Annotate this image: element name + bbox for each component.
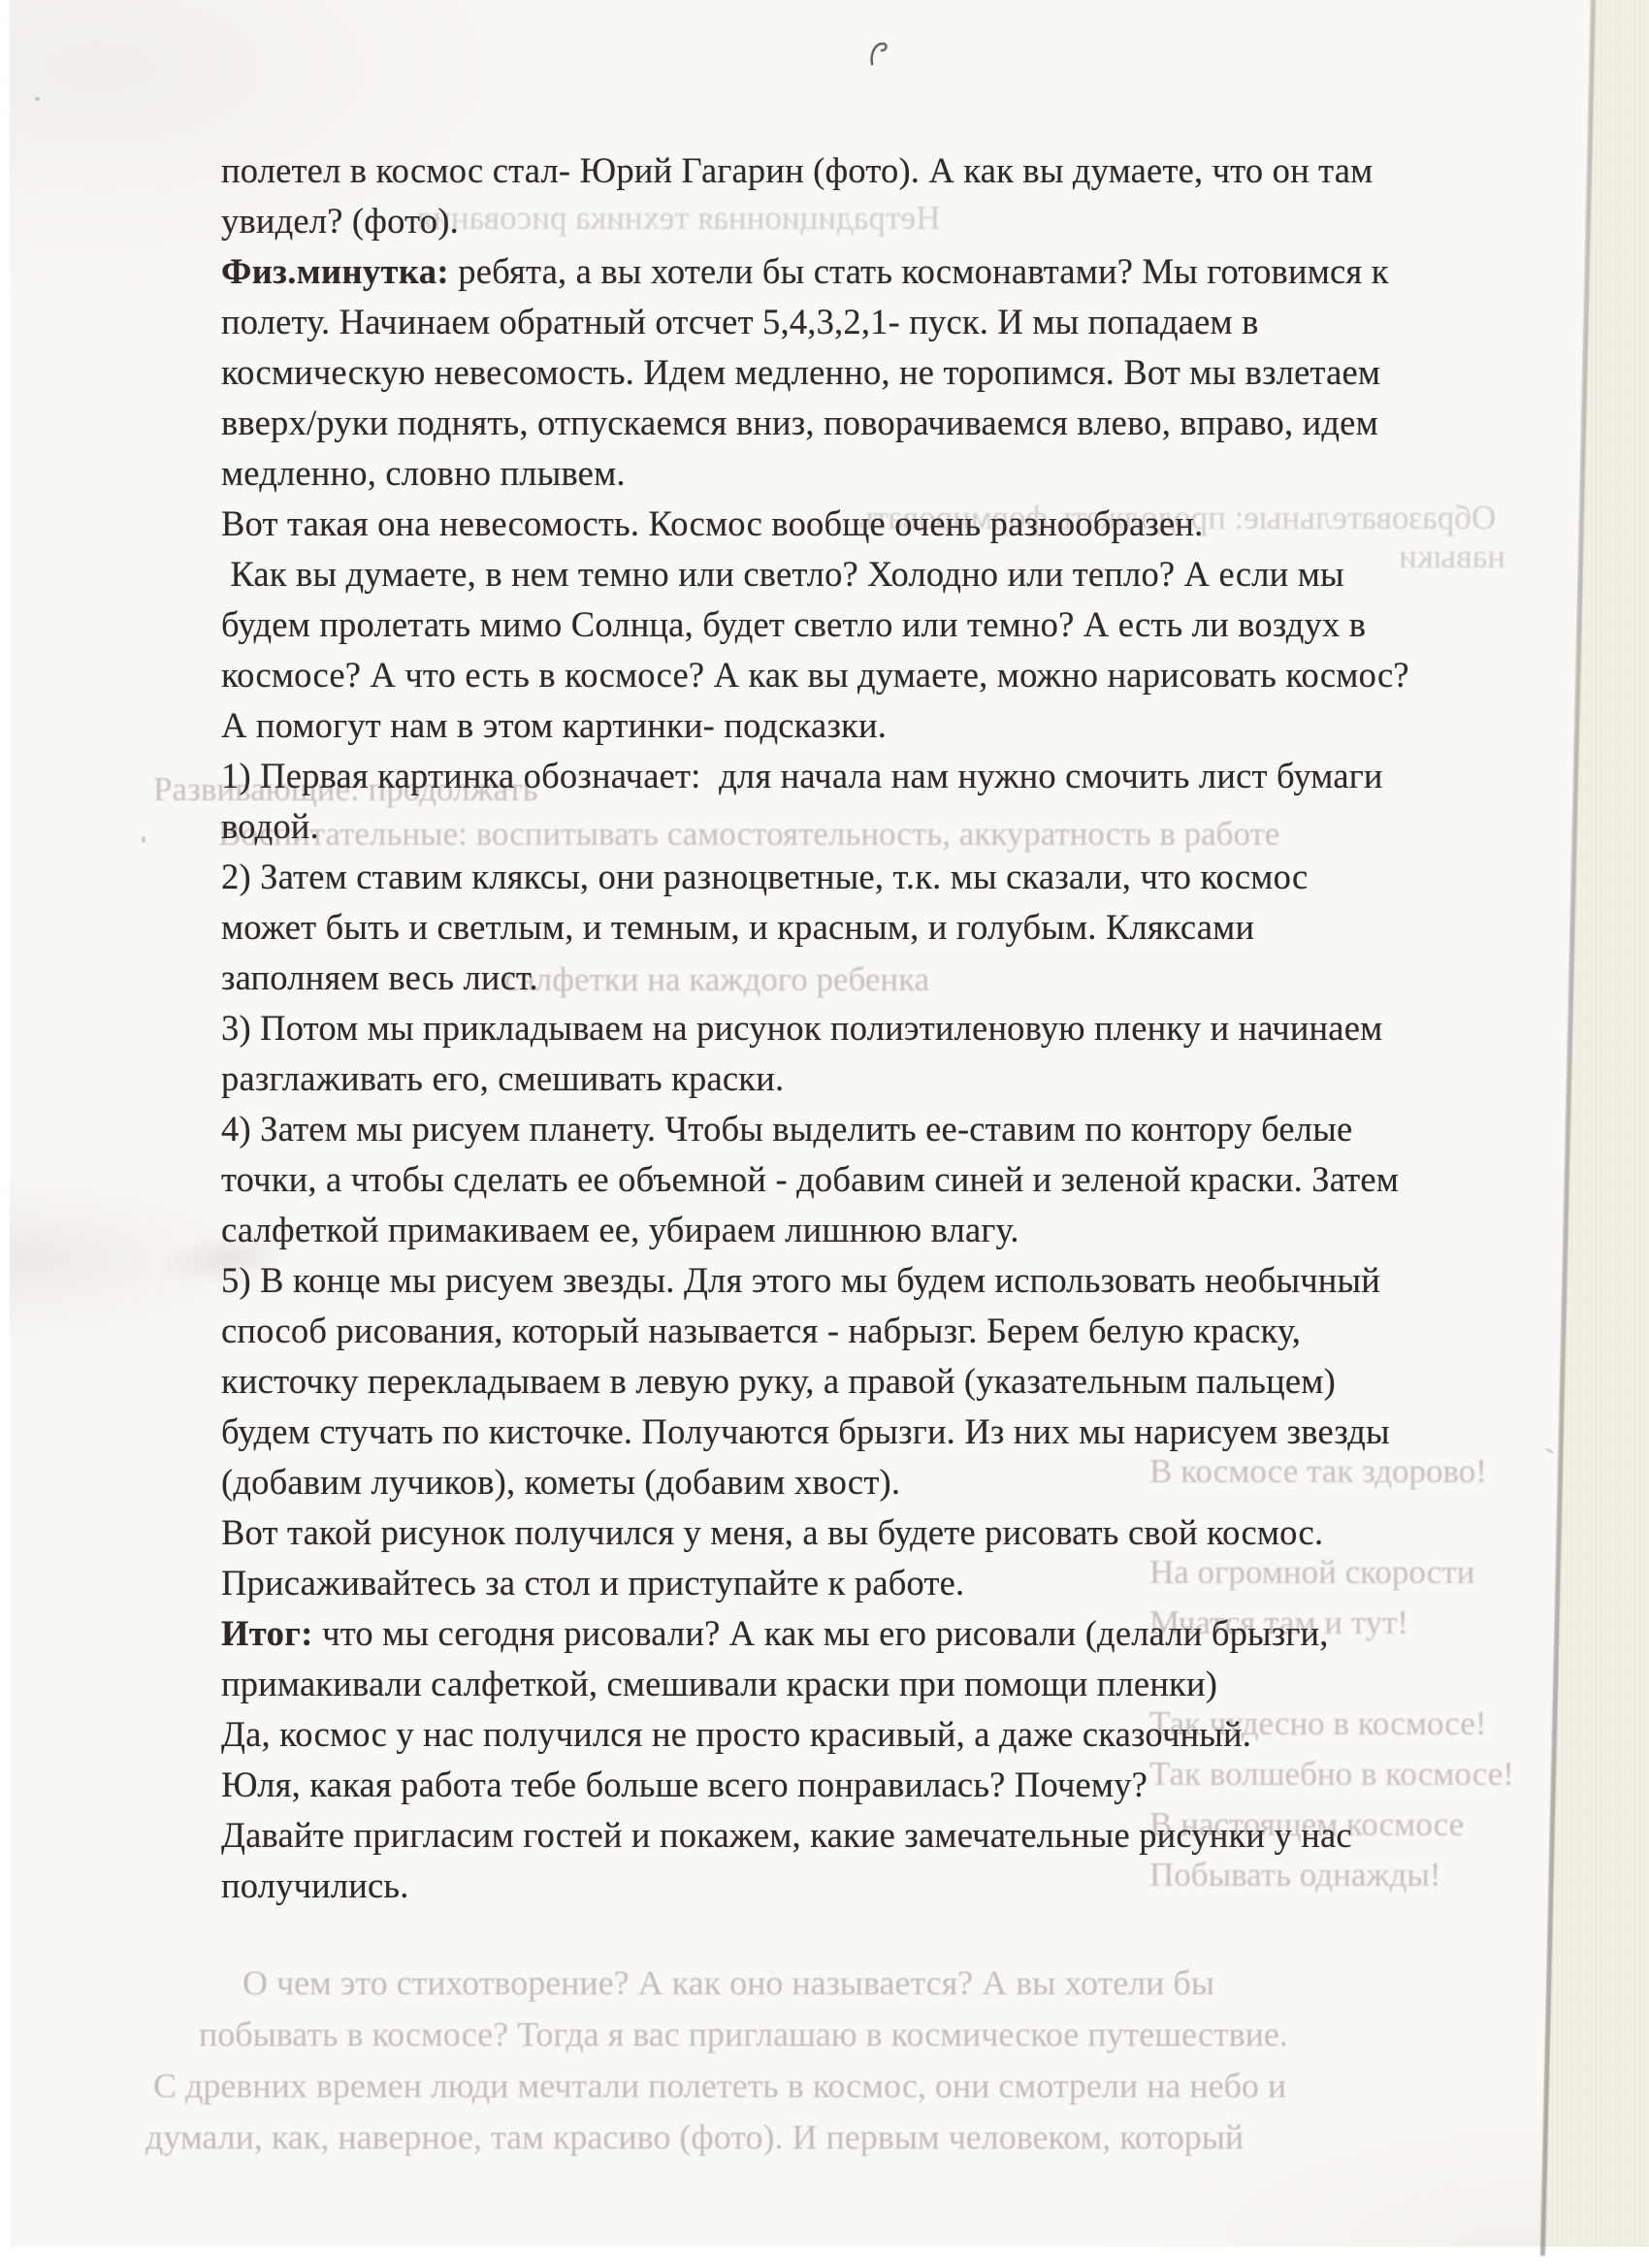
line-text: 3) Потом мы прикладываем на рисунок поли… [221, 1008, 1382, 1048]
text-line: Физ.минутка: ребята, а вы хотели бы стат… [221, 246, 1511, 297]
line-text: Да, космос у нас получился не просто кра… [221, 1714, 1251, 1754]
line-text: вверх/руки поднять, отпускаемся вниз, по… [221, 403, 1378, 442]
line-text: Как вы думаете, в нем темно или светло? … [221, 554, 1344, 594]
text-line: получились. [221, 1861, 1511, 1911]
bleed-through-text: побывать в космосе? Тогда я вас приглаша… [199, 2013, 1288, 2056]
text-line: Присаживайтесь за стол и приступайте к р… [221, 1558, 1511, 1608]
text-line: примакивали салфеткой, смешивали краски … [221, 1659, 1511, 1709]
line-text: космическую невесомость. Идем медленно, … [221, 352, 1380, 392]
text-line: 3) Потом мы прикладываем на рисунок поли… [221, 1003, 1511, 1053]
text-line: Вот такая она невесомость. Космос вообще… [221, 499, 1511, 549]
scan-speck [35, 97, 40, 101]
text-line: космическую невесомость. Идем медленно, … [221, 347, 1511, 398]
text-line: Давайте пригласим гостей и покажем, каки… [221, 1810, 1511, 1861]
bleed-through-text: С древних времен люди мечтали полететь в… [153, 2064, 1286, 2107]
line-text: 1) Первая картинка обозначает: для начал… [221, 756, 1383, 795]
text-line: Да, космос у нас получился не просто кра… [221, 1709, 1511, 1760]
bold-label: Физ.минутка: [221, 251, 449, 291]
line-text: салфеткой примакиваем ее, убираем лишнюю… [221, 1210, 1019, 1249]
text-line: Юля, какая работа тебе больше всего понр… [221, 1760, 1511, 1810]
scanned-document-screenshot: { "page": { "kind": "scanned lesson-plan… [0, 0, 1649, 2268]
line-text: 5) В конце мы рисуем звезды. Для этого м… [221, 1260, 1380, 1300]
line-text: Юля, какая работа тебе больше всего понр… [221, 1765, 1148, 1804]
text-line: способ рисования, который называется - н… [221, 1306, 1511, 1356]
text-line: полетел в космос стал- Юрий Гагарин (фот… [221, 146, 1511, 196]
text-line: разглаживать его, смешивать краски. [221, 1053, 1511, 1104]
line-text: что мы сегодня рисовали? А как мы его ри… [313, 1613, 1329, 1653]
text-line: 4) Затем мы рисуем планету. Чтобы выдели… [221, 1104, 1511, 1154]
text-line: может быть и светлым, и темным, и красны… [221, 902, 1511, 953]
bleed-through-text: О чем это стихотворение? А как оно назыв… [242, 1961, 1214, 2004]
text-line: салфеткой примакиваем ее, убираем лишнюю… [221, 1205, 1511, 1255]
text-line: увидел? (фото). [221, 196, 1511, 246]
line-text: Присаживайтесь за стол и приступайте к р… [221, 1563, 964, 1603]
text-line: А помогут нам в этом картинки- подсказки… [221, 700, 1511, 751]
text-line: точки, а чтобы сделать ее объемной - доб… [221, 1154, 1511, 1205]
line-text: А помогут нам в этом картинки- подсказки… [221, 705, 887, 745]
line-text: медленно, словно плывем. [221, 453, 626, 493]
bold-label: Итог: [221, 1613, 313, 1653]
line-text: ребята, а вы хотели бы стать космонавтам… [449, 251, 1389, 291]
line-text: кисточку перекладываем в левую руку, а п… [221, 1361, 1336, 1401]
line-text: полету. Начинаем обратный отсчет 5,4,3,2… [221, 302, 1259, 341]
text-line: 2) Затем ставим кляксы, они разноцветные… [221, 852, 1511, 902]
lesson-plan-text: полетел в космос стал- Юрий Гагарин (фот… [221, 146, 1511, 1911]
text-line: кисточку перекладываем в левую руку, а п… [221, 1356, 1511, 1407]
line-text: Вот такая она невесомость. Космос вообще… [221, 503, 1203, 543]
line-text: точки, а чтобы сделать ее объемной - доб… [221, 1159, 1399, 1199]
line-text: заполняем весь лист. [221, 957, 538, 997]
line-text: увидел? (фото). [221, 201, 459, 241]
scan-speck [142, 836, 145, 843]
line-text: (добавим лучиков), кометы (добавим хвост… [221, 1462, 900, 1502]
text-line: Как вы думаете, в нем темно или светло? … [221, 549, 1511, 599]
line-text: Давайте пригласим гостей и покажем, каки… [221, 1815, 1352, 1855]
line-text: получились. [221, 1865, 409, 1905]
text-line: 1) Первая картинка обозначает: для начал… [221, 751, 1511, 801]
scan-speck [1545, 1447, 1554, 1454]
text-line: будем пролетать мимо Солнца, будет светл… [221, 599, 1511, 650]
line-text: 4) Затем мы рисуем планету. Чтобы выдели… [221, 1109, 1352, 1149]
line-text: может быть и светлым, и темным, и красны… [221, 907, 1254, 947]
text-line: Итог: что мы сегодня рисовали? А как мы … [221, 1608, 1511, 1659]
line-text: 2) Затем ставим кляксы, они разноцветные… [221, 857, 1308, 896]
text-line: заполняем весь лист. [221, 953, 1511, 1003]
text-line: (добавим лучиков), кометы (добавим хвост… [221, 1457, 1511, 1507]
line-text: способ рисования, который называется - н… [221, 1311, 1301, 1350]
bleed-through-text: думали, как, наверное, там красиво (фото… [145, 2116, 1244, 2158]
line-text: разглаживать его, смешивать краски. [221, 1058, 784, 1098]
line-text: космосе? А что есть в космосе? А как вы … [221, 655, 1409, 695]
text-line: будем стучать по кисточке. Получаются бр… [221, 1407, 1511, 1457]
text-line: космосе? А что есть в космосе? А как вы … [221, 650, 1511, 700]
line-text: Вот такой рисунок получился у меня, а вы… [221, 1512, 1323, 1552]
line-text: примакивали салфеткой, смешивали краски … [221, 1664, 1217, 1703]
line-text: будем пролетать мимо Солнца, будет светл… [221, 604, 1366, 644]
scanned-page: Нетрадиционная техника рисованияОбразова… [0, 0, 1649, 2268]
line-text: водой. [221, 806, 319, 846]
text-line: полету. Начинаем обратный отсчет 5,4,3,2… [221, 297, 1511, 347]
text-line: 5) В конце мы рисуем звезды. Для этого м… [221, 1255, 1511, 1306]
text-line: вверх/руки поднять, отпускаемся вниз, по… [221, 398, 1511, 448]
text-line: водой. [221, 801, 1511, 852]
line-text: будем стучать по кисточке. Получаются бр… [221, 1411, 1390, 1451]
ink-mark [866, 39, 891, 73]
text-line: Вот такой рисунок получился у меня, а вы… [221, 1507, 1511, 1558]
text-line: медленно, словно плывем. [221, 448, 1511, 499]
line-text: полетел в космос стал- Юрий Гагарин (фот… [221, 150, 1373, 190]
